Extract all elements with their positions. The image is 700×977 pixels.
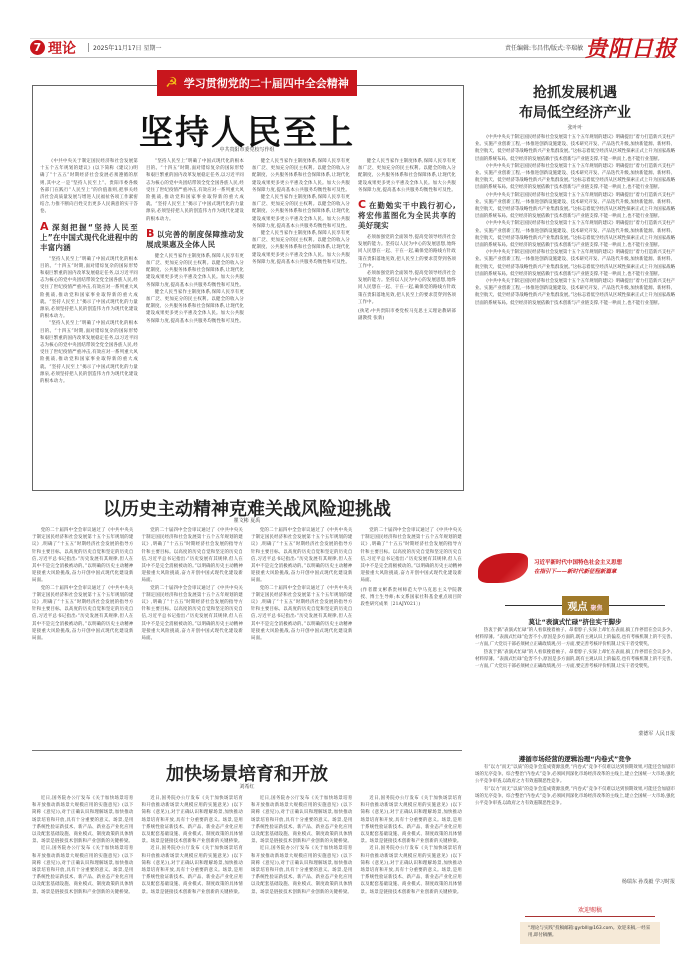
article2-col-2: 党的二十届四中全会审议通过了《中共中央关于制定国民经济和社会发展第十五个五年规划… (142, 527, 244, 727)
article2-col-3: 党的二十届四中全会审议通过了《中共中央关于制定国民经济和社会发展第十五个五年规划… (251, 527, 353, 727)
hammer-sickle-icon: ☭ (165, 75, 178, 91)
section-b-text-cont3: 健全人民当家作主制度体系,保障人民享有更加广泛、更加充分的民主权利。以健全的收入… (252, 194, 350, 230)
right-article-title-2: 布局低空经济产业 (475, 103, 675, 123)
feature-col-1: 《中共中央关于制定国民经济和社会发展第十五个五年规划的建议》(以下简称《建议》)… (40, 158, 138, 483)
section-title: 理论 (48, 38, 76, 58)
article2-text-cont6: 党的二十届四中全会审议通过了《中共中央关于制定国民经济和社会发展第十五个五年规划… (361, 527, 463, 585)
op2-text: 有“以力”而无“以质”的竞争会造成资源浪费,“内卷式”竞争不仅难以达到预期效果,… (475, 764, 675, 786)
op2-title: 遵循市场经营的逻辑治理“内卷式”竞争 (475, 754, 675, 763)
article3-text: 近日,国务院办公厅发布《关于加快场景培育和开放推动新场景大规模应用的实施意见》(… (32, 795, 134, 845)
article3-text-cont2: 近日,国务院办公厅发布《关于加快场景培育和开放推动新场景大规模应用的实施意见》(… (142, 795, 244, 845)
article3-text-cont7: 近日,国务院办公厅发布《关于加快场景培育和开放推动新场景大规模应用的实施意见》(… (361, 845, 463, 895)
right-article-byline: 张叶叶 (475, 124, 675, 131)
op1-title: 莫让“表演式忙碌”挤住实干脚步 (475, 617, 675, 626)
right-article-text-cont: 《中共中央关于制定国民经济和社会发展第十五个五年规划的建议》明确提出“着力打造新… (475, 163, 675, 192)
welcome-box: “理论与实践”投稿邮箱:gyrblll@163.com。欢迎来稿,一经采用,即付… (520, 922, 660, 944)
article3-body: 近日,国务院办公厅发布《关于加快场景培育和开放推动新场景大规模应用的实施意见》(… (32, 795, 462, 945)
section-a-title: 深刻把握“坚持人民至上”在中国式现代化进程中的丰富内涵 (40, 223, 138, 252)
section-b-text-cont5: 健全人民当家作主制度体系,保障人民享有更加广泛、更加充分的民主权利。以健全的收入… (358, 158, 456, 194)
section-a-text-cont: “坚持人民至上”明确了中国式现代化的根本目的。“十四五”时期,面对错综复杂的国际… (40, 320, 138, 385)
right-article-text-cont2: 《中共中央关于制定国民经济和社会发展第十五个五年规划的建议》明确提出“着力打造新… (475, 192, 675, 221)
page-number: 7 (30, 40, 45, 55)
article2-body: 党的二十届四中全会审议通过了《中共中央关于制定国民经济和社会发展第十五个五年规划… (32, 527, 462, 727)
xi-banner-line1: 习近平新时代中国特色社会主义思想 (534, 559, 622, 568)
article3-text-cont4: 近日,国务院办公厅发布《关于加快场景培育和开放推动新场景大规模应用的实施意见》(… (251, 795, 353, 845)
article3-col-4: 近日,国务院办公厅发布《关于加快场景培育和开放推动新场景大规模应用的实施意见》(… (361, 795, 463, 945)
guandian-tag: 观点聚焦 (562, 596, 609, 615)
feature-body: 《中共中央关于制定国民经济和社会发展第十五个五年规划的建议》(以下简称《建议》)… (40, 158, 456, 483)
feature-banner: ☭ 学习贯彻党的二十届四中全会精神 (157, 70, 357, 96)
article2-col-1: 党的二十届四中全会审议通过了《中共中央关于制定国民经济和社会发展第十五个五年规划… (32, 527, 134, 727)
article2-text-cont4: 党的二十届四中全会审议通过了《中共中央关于制定国民经济和社会发展第十五个五年规划… (251, 527, 353, 585)
article3-text-cont3: 近日,国务院办公厅发布《关于加快场景培育和开放推动新场景大规模应用的实施意见》(… (142, 845, 244, 895)
section-b-text-cont4: 健全人民当家作主制度体系,保障人民享有更加广泛、更加充分的民主权利。以健全的收入… (252, 230, 350, 266)
section-b-letter: B (146, 227, 155, 240)
section-c-letter: C (358, 198, 366, 211)
divider (32, 750, 462, 751)
article3-byline: 刘希红 (32, 783, 462, 790)
rule-right (609, 605, 666, 606)
article2-text-cont3: 党的二十届四中全会审议通过了《中共中央关于制定国民经济和社会发展第十五个五年规划… (142, 585, 244, 643)
article2-col-4: 党的二十届四中全会审议通过了《中共中央关于制定国民经济和社会发展第十五个五年规划… (361, 527, 463, 727)
section-a-text: “坚持人民至上”明确了中国式现代化的根本目的。“十四五”时期,面对错综复杂的国际… (40, 256, 138, 321)
op2-signature: 杨瑞东 孙茂毅 学习时报 (475, 878, 675, 885)
article3-text-cont6: 近日,国务院办公厅发布《关于加快场景培育和开放推动新场景大规模应用的实施意见》(… (361, 795, 463, 845)
rule-left (505, 605, 562, 606)
xi-banner-line2: 在指引下——新时代新征程新篇章 (534, 568, 622, 577)
article3-col-3: 近日,国务院办公厅发布《关于加快场景培育和开放推动新场景大规模应用的实施意见》(… (251, 795, 353, 945)
guandian-header: 观点聚焦 (505, 596, 665, 615)
section-b-heading: B以完善的制度保障推动发展成果惠及全体人民 (146, 229, 244, 250)
op1-signature: 蒙德军 人民日报 (475, 730, 675, 737)
right-article-text: 《中共中央关于制定国民经济和社会发展第十五个五年规划的建议》明确提出“着力打造新… (475, 134, 675, 163)
issue-date: 2025年11月17日 星期一 (88, 43, 161, 52)
banner-text: 学习贯彻党的二十届四中全会精神 (184, 75, 349, 91)
guandian-sub: 聚焦 (591, 605, 603, 612)
right-article-text-cont5: 《中共中央关于制定国民经济和社会发展第十五个五年规划的建议》明确提出“着力打造新… (475, 278, 675, 307)
article2-byline: 瞿文彬 夏禹 (32, 517, 462, 524)
feature-author-note: (执笔:中共贵阳市委党校马克思主义理论教研部副教授 张新) (358, 308, 456, 322)
op1-text-cont: 热衷于搞“表演式忙碌”的人看似挽着袖子、昂着脖子,实际上却忙在表面,搞工作停留在… (475, 649, 675, 671)
article2-text-cont2: 党的二十届四中全会审议通过了《中共中央关于制定国民经济和社会发展第十五个五年规划… (142, 527, 244, 585)
article2-text: 党的二十届四中全会审议通过了《中共中央关于制定国民经济和社会发展第十五个五年规划… (32, 527, 134, 585)
section-c-text: 必须加强党的全面领导,提高党领导经济社会发展的能力。坚持以人民为中心的发展思想,… (358, 234, 456, 270)
section-b-text-cont2: 健全人民当家作主制度体系,保障人民享有更加广泛、更加充分的民主权利。以健全的收入… (252, 158, 350, 194)
section-a-heading: A深刻把握“坚持人民至上”在中国式现代化进程中的丰富内涵 (40, 222, 138, 253)
feature-col-2: “坚持人民至上”明确了中国式现代化的根本目的。“十四五”时期,面对错综复杂的国际… (146, 158, 244, 483)
welcome-title: 欢迎赐稿 (525, 905, 655, 917)
feature-col-3: 健全人民当家作主制度体系,保障人民享有更加广泛、更加充分的民主权利。以健全的收入… (252, 158, 350, 483)
op2-text-cont: 有“以力”而无“以质”的竞争会造成资源浪费,“内卷式”竞争不仅难以达到预期效果,… (475, 786, 675, 808)
section-b-text-cont: 健全人民当家作主制度体系,保障人民享有更加广泛、更加充分的民主权利。以健全的收入… (146, 289, 244, 325)
right-article-body: 《中共中央关于制定国民经济和社会发展第十五个五年规划的建议》明确提出“着力打造新… (475, 134, 675, 539)
xi-thought-banner: 习近平新时代中国特色社会主义思想 在指引下——新时代新征程新篇章 (478, 548, 678, 588)
article3-text-cont5: 近日,国务院办公厅发布《关于加快场景培育和开放推动新场景大规模应用的实施意见》(… (251, 845, 353, 895)
op2-body: 有“以力”而无“以质”的竞争会造成资源浪费,“内卷式”竞争不仅难以达到预期效果,… (475, 764, 675, 876)
editor-credits: 责任编辑:韦昌伟/版式:辛瑞敏 (505, 43, 583, 52)
newspaper-logo: 贵阳日报 (585, 32, 677, 63)
article2-text-cont5: 党的二十届四中全会审议通过了《中共中央关于制定国民经济和社会发展第十五个五年规划… (251, 585, 353, 643)
article3-col-1: 近日,国务院办公厅发布《关于加快场景培育和开放推动新场景大规模应用的实施意见》(… (32, 795, 134, 945)
op1-text: 热衷于搞“表演式忙碌”的人看似挽着袖子、昂着脖子,实际上却忙在表面,搞工作停留在… (475, 627, 675, 649)
red-flag-icon (478, 553, 528, 583)
right-article-text-cont4: 《中共中央关于制定国民经济和社会发展第十五个五年规划的建议》明确提出“着力打造新… (475, 249, 675, 278)
section-c-heading: C在勤勉实干中践行初心,将宏伟蓝图化为全民共享的美好现实 (358, 200, 456, 231)
article2-author-note: (作者瞿文彬系贵州师范大学马克思主义学院教授、博士生导师;本文系国家社科基金重点… (361, 587, 463, 609)
right-article-text-cont3: 《中共中央关于制定国民经济和社会发展第十五个五年规划的建议》明确提出“着力打造新… (475, 220, 675, 249)
article2-text-cont: 党的二十届四中全会审议通过了《中共中央关于制定国民经济和社会发展第十五个五年规划… (32, 585, 134, 643)
article3-text-cont: 近日,国务院办公厅发布《关于加快场景培育和开放推动新场景大规模应用的实施意见》(… (32, 845, 134, 895)
article3-col-2: 近日,国务院办公厅发布《关于加快场景培育和开放推动新场景大规模应用的实施意见》(… (142, 795, 244, 945)
op1-body: 热衷于搞“表演式忙碌”的人看似挽着袖子、昂着脖子,实际上却忙在表面,搞工作停留在… (475, 627, 675, 727)
section-b-text: 健全人民当家作主制度体系,保障人民享有更加广泛、更加充分的民主权利。以健全的收入… (146, 253, 244, 289)
section-c-text-cont: 必须加强党的全面领导,提高党领导经济社会发展的能力。坚持以人民为中心的发展思想,… (358, 270, 456, 306)
section-c-title: 在勤勉实干中践行初心,将宏伟蓝图化为全民共享的美好现实 (358, 201, 456, 230)
feature-col-4: 健全人民当家作主制度体系,保障人民享有更加广泛、更加充分的民主权利。以健全的收入… (358, 158, 456, 483)
right-article-title-1: 抢抓发展机遇 (475, 83, 675, 103)
section-a-text-cont2: “坚持人民至上”明确了中国式现代化的根本目的。“十四五”时期,面对错综复杂的国际… (146, 158, 244, 223)
section-a-letter: A (40, 220, 49, 233)
guandian-label: 观点 (568, 602, 588, 613)
section-b-title: 以完善的制度保障推动发展成果惠及全体人民 (146, 230, 244, 249)
feature-intro: 《中共中央关于制定国民经济和社会发展第十五个五年规划的建议》(以下简称《建议》)… (40, 158, 138, 216)
feature-byline: 中共贵阳市委党校写作组 (32, 146, 462, 153)
